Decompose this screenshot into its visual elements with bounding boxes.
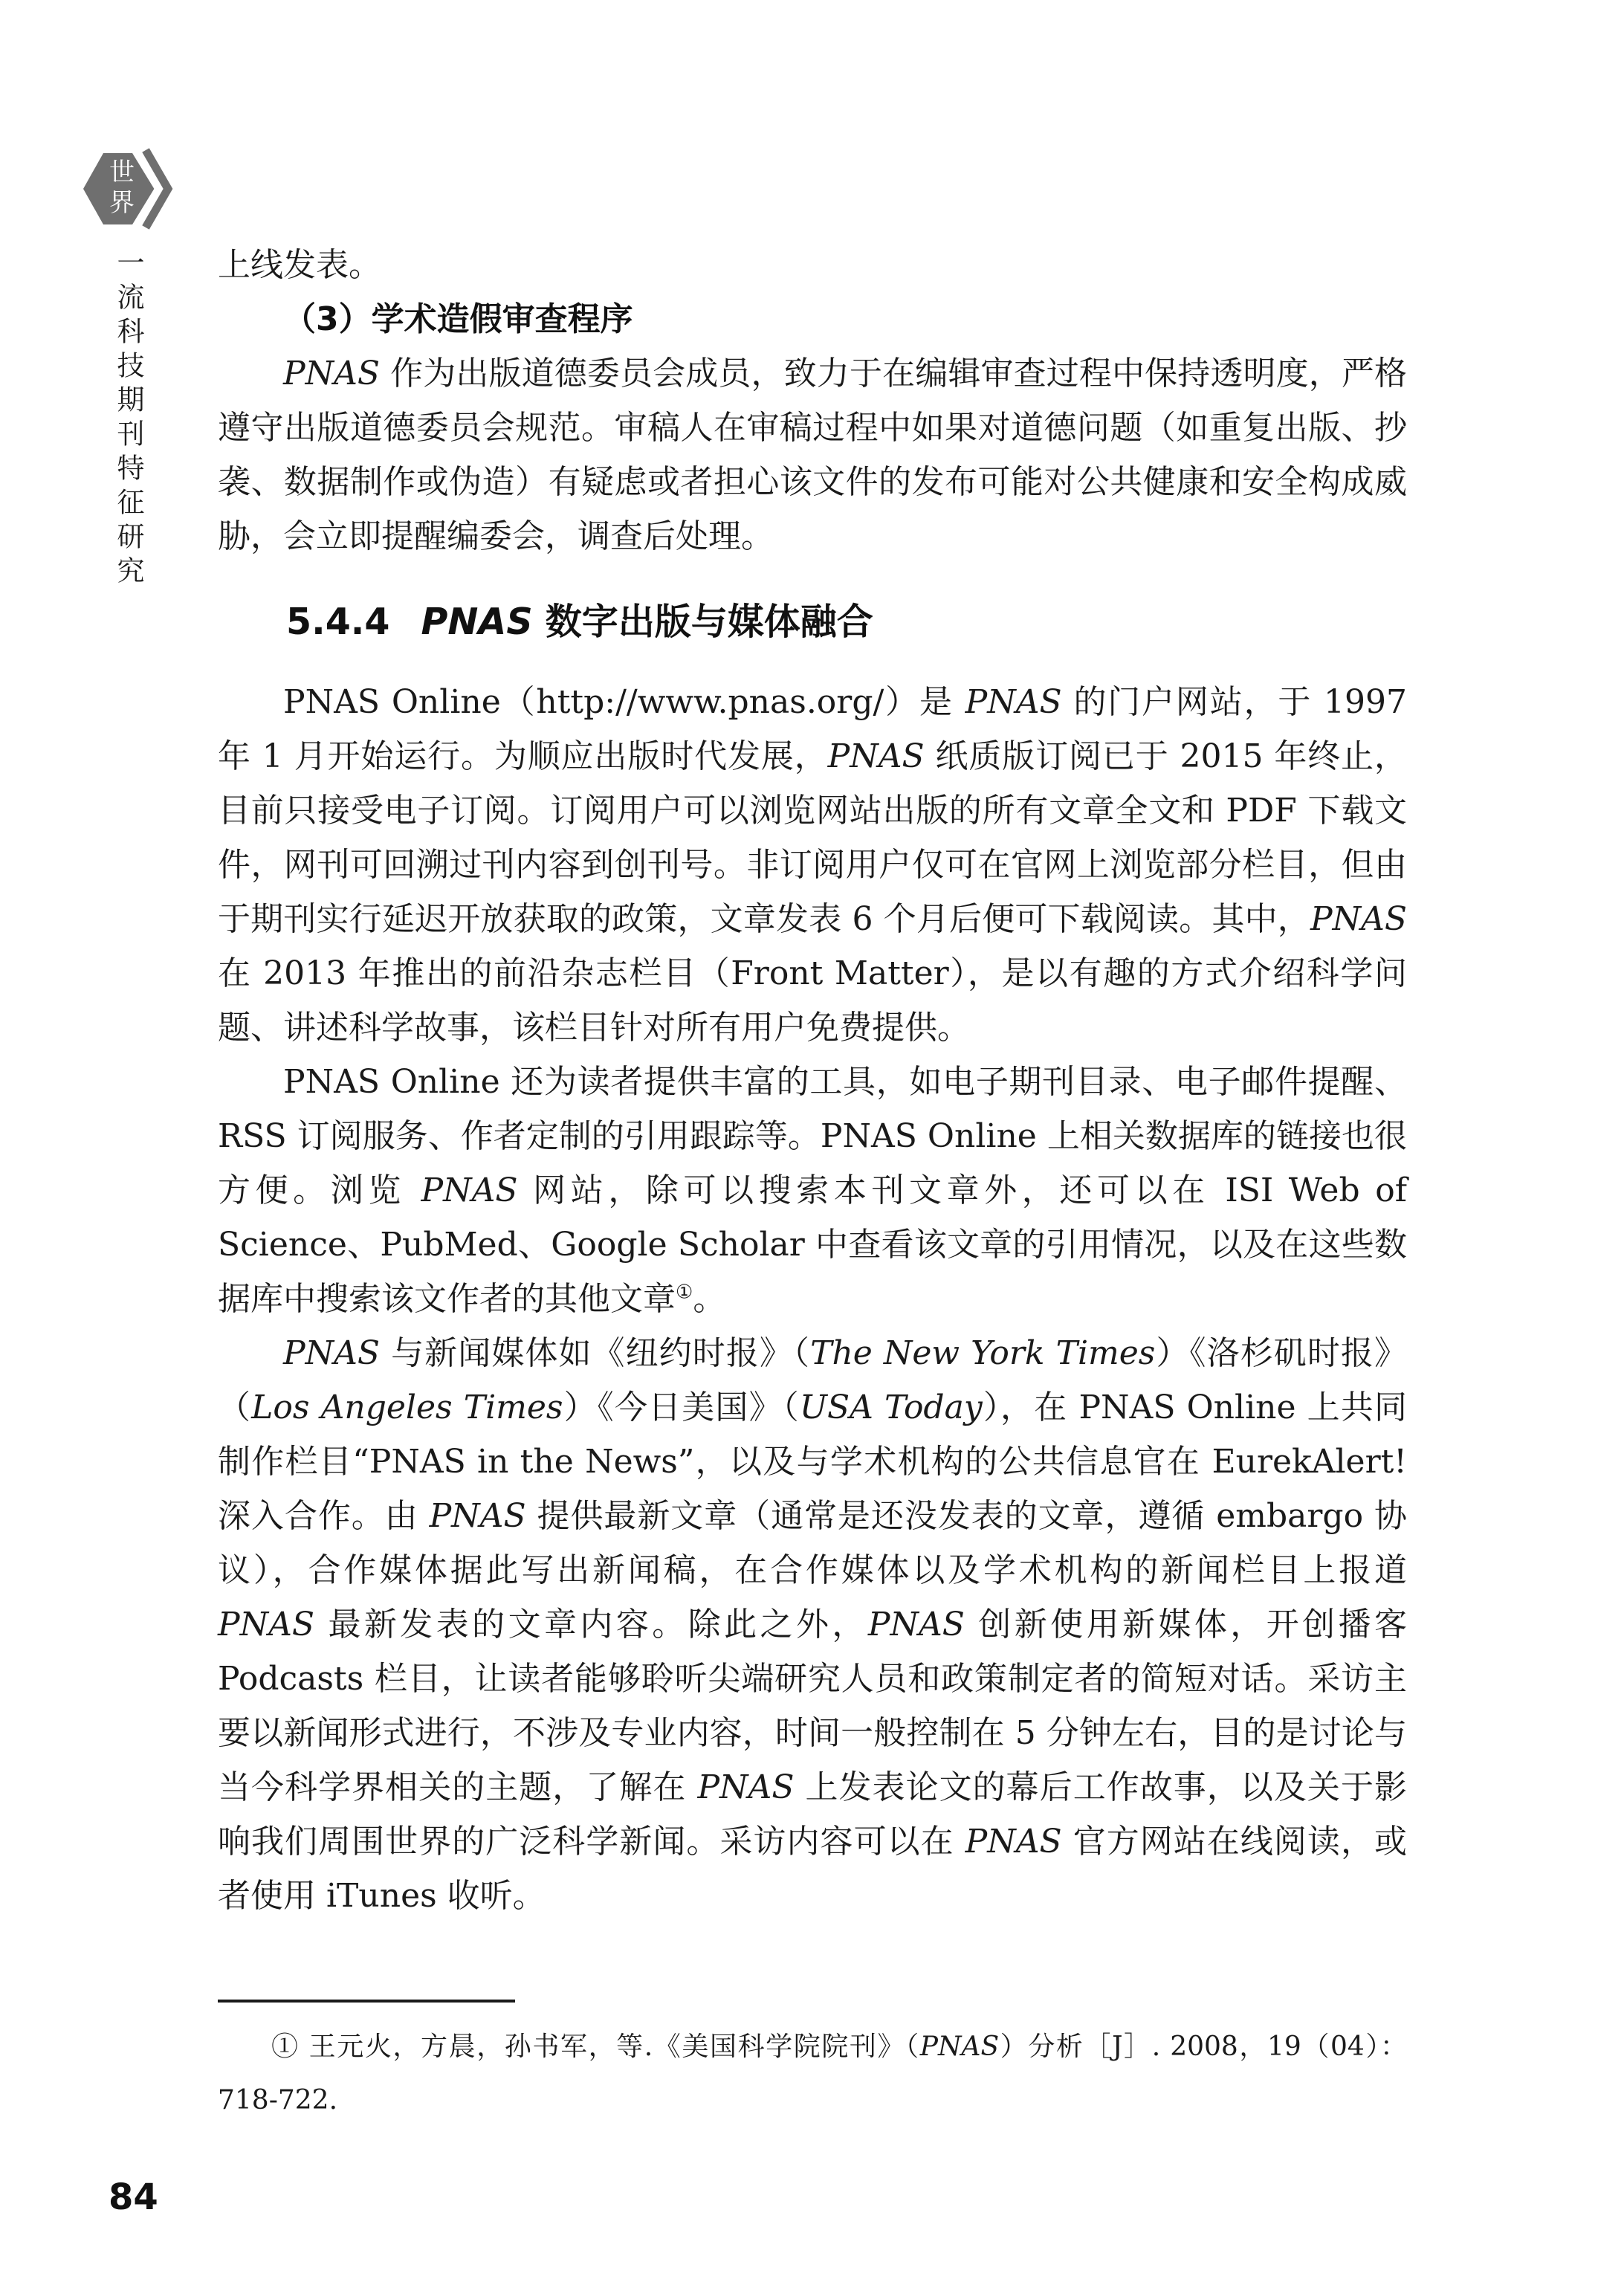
- footnote: ① 王元火，方晨，孙书军，等.《美国科学院院刊》（PNAS）分析［J］. 200…: [218, 2020, 1407, 2127]
- footnote-area: ① 王元火，方晨，孙书军，等.《美国科学院院刊》（PNAS）分析［J］. 200…: [218, 2000, 1407, 2127]
- section-heading: 5.4.4PNAS 数字出版与媒体融合: [218, 598, 1407, 646]
- paragraph-media: PNAS 与新闻媒体如《纽约时报》（The New York Times）《洛杉…: [218, 1326, 1407, 1923]
- sidebar-vertical-title: 一流科技期刊特征研究: [108, 248, 148, 590]
- paragraph-ethics: PNAS 作为出版道德委员会成员，致力于在编辑审查过程中保持透明度，严格遵守出版…: [218, 346, 1407, 563]
- paragraph-online: PNAS Online（http://www.pnas.org/）是 PNAS …: [218, 675, 1407, 1055]
- book-page: 世界 一流科技期刊特征研究 上线发表。 （3）学术造假审查程序 PNAS 作为出…: [0, 0, 1624, 2282]
- edition-badge: 世界: [83, 153, 171, 224]
- main-content: 上线发表。 （3）学术造假审查程序 PNAS 作为出版道德委员会成员，致力于在编…: [218, 238, 1407, 1923]
- paragraph-tools: PNAS Online 还为读者提供丰富的工具，如电子期刊目录、电子邮件提醒、R…: [218, 1055, 1407, 1326]
- badge-label: 世界: [83, 158, 161, 219]
- subsection-heading: （3）学术造假审查程序: [218, 292, 1407, 346]
- footnote-divider: [218, 2000, 515, 2003]
- page-number: 84: [109, 2179, 158, 2215]
- section-title: PNAS 数字出版与媒体融合: [421, 601, 873, 643]
- paragraph-continuation: 上线发表。: [218, 238, 1407, 292]
- section-number: 5.4.4: [286, 601, 390, 643]
